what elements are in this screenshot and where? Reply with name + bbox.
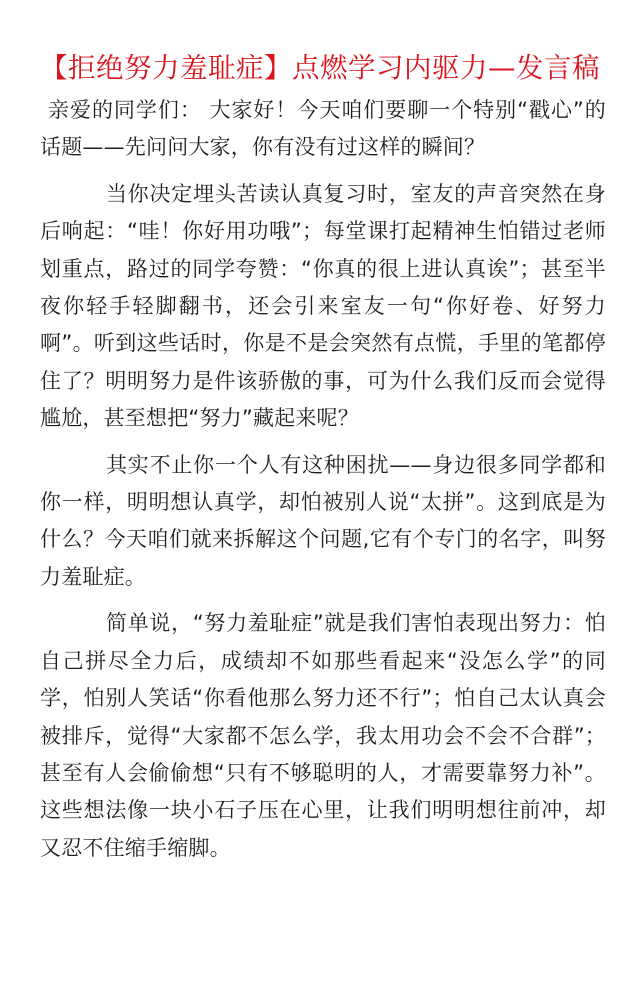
paragraph-definition: 简单说，“努力羞耻症”就是我们害怕表现出努力：怕自己拼尽全力后，成绩却不如那些看…	[40, 605, 606, 867]
paragraph-not-alone: 其实不止你一个人有这种困扰——身边很多同学都和你一样，明明想认真学，却怕被别人说…	[40, 447, 606, 597]
paragraph-scenarios: 当你决定埋头苦读认真复习时，室友的声音突然在身后响起：“哇！你好用功哦”；每堂课…	[40, 176, 606, 438]
speech-document: 【拒绝努力羞耻症】点燃学习内驱力—发言稿 亲爱的同学们： 大家好！今天咱们要聊一…	[40, 48, 606, 867]
paragraph-greeting: 亲爱的同学们： 大家好！今天咱们要聊一个特别“戳心”的话题——先问问大家，你有没…	[40, 92, 606, 167]
document-title: 【拒绝努力羞耻症】点燃学习内驱力—发言稿	[40, 48, 606, 88]
